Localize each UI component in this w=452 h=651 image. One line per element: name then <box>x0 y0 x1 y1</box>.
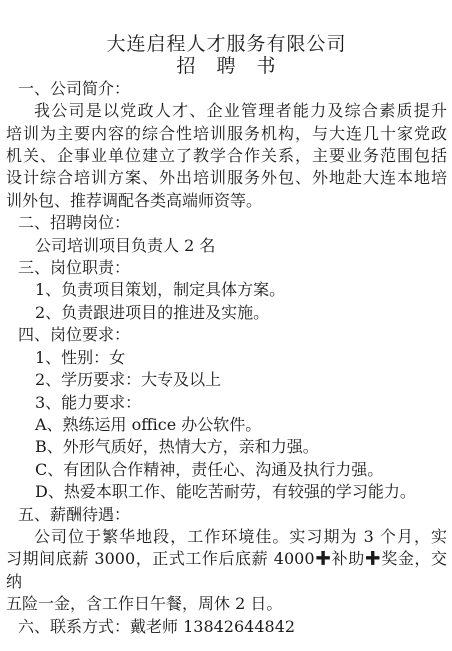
doc-line: 我公司是以党政人才、企业管理者能力及综合素质提升 <box>6 100 447 122</box>
doc-line: 五险一金，含工作日午餐，周休 2 日。 <box>6 593 447 615</box>
doc-line: 六、联系方式：戴老师 13842644842 <box>6 616 447 638</box>
doc-line: 二、招聘岗位： <box>6 212 447 234</box>
doc-line: 一、公司简介： <box>6 78 447 100</box>
recruitment-document-page: 大连启程人才服务有限公司 招 聘 书 一、公司简介：我公司是以党政人才、企业管理… <box>0 0 452 651</box>
doc-line: 三、岗位职责： <box>6 257 447 279</box>
company-name-title: 大连启程人才服务有限公司 <box>6 33 447 55</box>
document-body: 一、公司简介：我公司是以党政人才、企业管理者能力及综合素质提升培训为主要内容的综… <box>6 78 447 638</box>
doc-line: 四、岗位要求： <box>6 324 447 346</box>
doc-line: A、熟练运用 office 办公软件。 <box>6 414 447 436</box>
doc-line: 培训为主要内容的综合性培训服务机构，与大连几十家党政 <box>6 123 447 145</box>
doc-line: 1、性别：女 <box>6 347 447 369</box>
doc-line: 公司培训项目负责人 2 名 <box>6 235 447 257</box>
doc-line: B、外形气质好，热情大方，亲和力强。 <box>6 436 447 458</box>
document-subtitle: 招 聘 书 <box>6 55 447 77</box>
doc-line: 2、学历要求：大专及以上 <box>6 369 447 391</box>
doc-line: D、热爱本职工作、能吃苦耐劳，有较强的学习能力。 <box>6 481 447 503</box>
doc-line: 2、负责跟进项目的推进及实施。 <box>6 302 447 324</box>
doc-line: 训外包、推荐调配各类高端师资等。 <box>6 190 447 212</box>
doc-line: 公司位于繁华地段，工作环境佳。实习期为 3 个月，实 <box>6 526 447 548</box>
doc-line: 五、薪酬待遇： <box>6 504 447 526</box>
doc-line: 设计综合培训方案、外出培训服务外包、外地赴大连本地培 <box>6 167 447 189</box>
doc-line: 3、能力要求： <box>6 392 447 414</box>
doc-line: 机关、企事业单位建立了教学合作关系，主要业务范围包括 <box>6 145 447 167</box>
doc-line: C、有团队合作精神，责任心、沟通及执行力强。 <box>6 459 447 481</box>
doc-line: 习期间底薪 3000，正式工作后底薪 4000✚补助✚奖金，交纳 <box>6 548 447 593</box>
doc-line: 1、负责项目策划，制定具体方案。 <box>6 279 447 301</box>
